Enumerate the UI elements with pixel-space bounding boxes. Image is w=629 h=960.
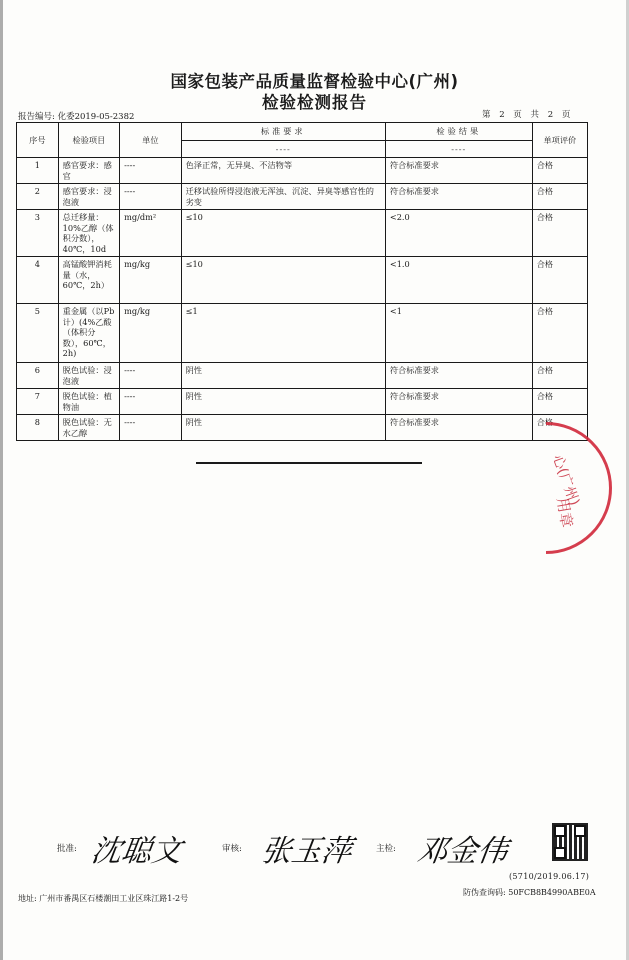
row-no: 4 xyxy=(17,257,59,304)
standard-sub: ---- xyxy=(181,140,385,158)
row-item: 脱色试验：无水乙醇 xyxy=(58,415,119,441)
row-no: 2 xyxy=(17,184,59,210)
review-signature: 张玉萍 xyxy=(259,826,355,870)
row-verdict: 合格 xyxy=(532,158,587,184)
review-label: 审核: xyxy=(222,842,242,854)
inspection-table: 序号 检验项目 单位 标准要求 检验结果 单项评价 ---- ---- 1感官要… xyxy=(16,122,588,441)
row-item: 脱色试验：浸泡液 xyxy=(58,363,119,389)
row-verdict: 合格 xyxy=(532,257,587,304)
row-standard: 迁移试验所得浸泡液无浑浊、沉淀、异臭等感官性的劣变 xyxy=(181,184,385,210)
row-unit: ---- xyxy=(120,415,181,441)
end-of-table-rule xyxy=(196,462,422,464)
anti-fake-code: 防伪查询码: 50FCB8B4990ABE0A xyxy=(463,887,596,898)
row-item: 重金属（以Pb计）(4%乙酸（体积分数），60℃，2h) xyxy=(58,304,119,363)
row-result: <1 xyxy=(385,304,532,363)
table-row: 6脱色试验：浸泡液----阴性符合标准要求合格 xyxy=(17,363,588,389)
col-header-unit: 单位 xyxy=(120,123,181,158)
approve-signature: 沈聪文 xyxy=(89,826,185,870)
row-unit: ---- xyxy=(120,158,181,184)
row-verdict: 合格 xyxy=(532,184,587,210)
row-item: 脱色试验：植物油 xyxy=(58,389,119,415)
table-row: 2感官要求：浸泡液----迁移试验所得浸泡液无浑浊、沉淀、异臭等感官性的劣变符合… xyxy=(17,184,588,210)
approve-label: 批准: xyxy=(57,842,77,854)
row-unit: mg/dm² xyxy=(120,210,181,257)
row-item: 感官要求：浸泡液 xyxy=(58,184,119,210)
row-verdict: 合格 xyxy=(532,389,587,415)
row-standard: 阴性 xyxy=(181,389,385,415)
row-unit: mg/kg xyxy=(120,257,181,304)
row-unit: ---- xyxy=(120,363,181,389)
row-no: 6 xyxy=(17,363,59,389)
col-header-item: 检验项目 xyxy=(58,123,119,158)
result-sub: ---- xyxy=(385,140,532,158)
table-row: 8脱色试验：无水乙醇----阴性符合标准要求合格 xyxy=(17,415,588,441)
row-result: 符合标准要求 xyxy=(385,158,532,184)
row-no: 1 xyxy=(17,158,59,184)
table-header-row: 序号 检验项目 单位 标准要求 检验结果 单项评价 xyxy=(17,123,588,141)
row-standard: 阴性 xyxy=(181,415,385,441)
row-no: 5 xyxy=(17,304,59,363)
table-row: 1感官要求：感官----色泽正常，无异臭、不洁物等符合标准要求合格 xyxy=(17,158,588,184)
scan-edge-left xyxy=(0,0,3,960)
row-verdict: 合格 xyxy=(532,210,587,257)
row-result: 符合标准要求 xyxy=(385,389,532,415)
row-standard: 阴性 xyxy=(181,363,385,389)
row-result: <1.0 xyxy=(385,257,532,304)
row-unit: mg/kg xyxy=(120,304,181,363)
col-header-verdict: 单项评价 xyxy=(532,123,587,158)
table-row: 5重金属（以Pb计）(4%乙酸（体积分数），60℃，2h)mg/kg≤1<1合格 xyxy=(17,304,588,363)
row-result: 符合标准要求 xyxy=(385,415,532,441)
table-row: 4高锰酸钾消耗量（水，60℃，2h）mg/kg≤10<1.0合格 xyxy=(17,257,588,304)
row-standard: ≤10 xyxy=(181,257,385,304)
col-header-result: 检验结果 xyxy=(385,123,532,141)
row-result: 符合标准要求 xyxy=(385,363,532,389)
row-verdict: 合格 xyxy=(532,304,587,363)
row-verdict: 合格 xyxy=(532,363,587,389)
inspect-label: 主检: xyxy=(376,842,396,854)
row-item: 感官要求：感官 xyxy=(58,158,119,184)
qr-code-icon[interactable] xyxy=(552,823,588,861)
row-standard: ≤10 xyxy=(181,210,385,257)
col-header-no: 序号 xyxy=(17,123,59,158)
official-seal-stamp xyxy=(480,422,612,554)
row-unit: ---- xyxy=(120,389,181,415)
row-no: 3 xyxy=(17,210,59,257)
row-result: <2.0 xyxy=(385,210,532,257)
col-header-standard: 标准要求 xyxy=(181,123,385,141)
row-standard: 色泽正常，无异臭、不洁物等 xyxy=(181,158,385,184)
row-item: 总迁移量：10%乙醇（体积分数），40℃，10d xyxy=(58,210,119,257)
row-result: 符合标准要求 xyxy=(385,184,532,210)
version-code: (5710/2019.06.17) xyxy=(509,872,589,881)
inspect-signature: 邓金伟 xyxy=(415,826,511,870)
table-row: 7脱色试验：植物油----阴性符合标准要求合格 xyxy=(17,389,588,415)
row-no: 8 xyxy=(17,415,59,441)
row-standard: ≤1 xyxy=(181,304,385,363)
page-info: 第 2 页 共 2 页 xyxy=(482,108,573,120)
table-row: 3总迁移量：10%乙醇（体积分数），40℃，10dmg/dm²≤10<2.0合格 xyxy=(17,210,588,257)
report-number: 报告编号: 化委2019-05-2382 xyxy=(18,110,134,122)
row-unit: ---- xyxy=(120,184,181,210)
row-item: 高锰酸钾消耗量（水，60℃，2h） xyxy=(58,257,119,304)
row-no: 7 xyxy=(17,389,59,415)
address: 地址: 广州市番禺区石楼潮田工业区珠江路1-2号 xyxy=(18,893,188,904)
